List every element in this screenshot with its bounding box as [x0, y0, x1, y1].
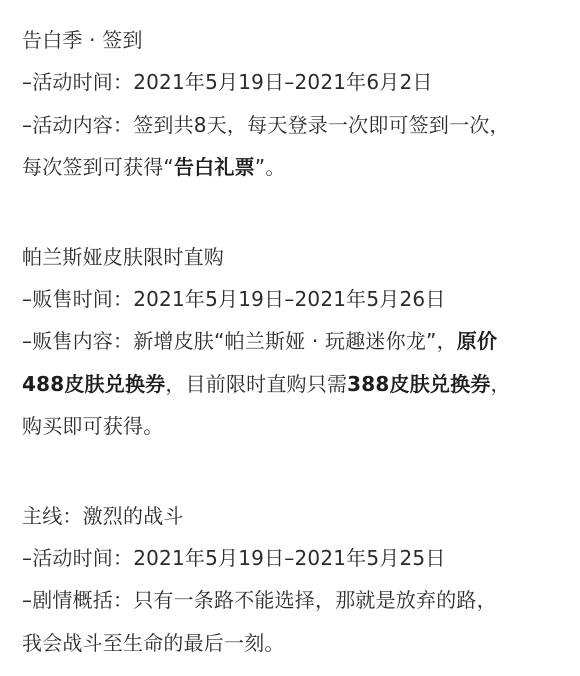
sale-content-line: 购买即可获得。 — [22, 405, 562, 447]
section-title: 告白季 · 签到 — [22, 19, 562, 61]
section-title: 帕兰斯娅皮肤限时直购 — [22, 236, 562, 278]
document-body: 告白季 · 签到 –活动时间：2021年5月19日–2021年6月2日 –活动内… — [22, 19, 562, 664]
activity-time-line: –活动时间：2021年5月19日–2021年5月25日 — [22, 537, 562, 579]
text-segment: –活动时间：2021年5月19日–2021年5月25日 — [22, 546, 446, 570]
section-skin-sale: 帕兰斯娅皮肤限时直购 –贩售时间：2021年5月19日–2021年5月26日 –… — [22, 236, 562, 448]
sale-content-line: –贩售内容：新增皮肤“帕兰斯娅 · 玩趣迷你龙”，原价 — [22, 320, 562, 362]
section-main-story: 主线：激烈的战斗 –活动时间：2021年5月19日–2021年5月25日 –剧情… — [22, 495, 562, 665]
section-title: 主线：激烈的战斗 — [22, 495, 562, 537]
section-signin: 告白季 · 签到 –活动时间：2021年5月19日–2021年6月2日 –活动内… — [22, 19, 562, 189]
activity-content-line: 每次签到可获得“告白礼票”。 — [22, 146, 562, 188]
bold-reward-name: 告白礼票 — [174, 155, 255, 179]
text-segment: 我会战斗至生命的最后一刻。 — [22, 631, 285, 655]
sale-content-line: 488皮肤兑换券，目前限时直购只需388皮肤兑换券， — [22, 363, 562, 405]
text-segment: –活动内容：签到共8天，每天登录一次即可签到一次， — [22, 113, 510, 137]
story-summary-line: –剧情概括：只有一条路不能选择，那就是放弃的路， — [22, 579, 562, 621]
text-segment: –贩售时间：2021年5月19日–2021年5月26日 — [22, 287, 446, 311]
text-segment: –剧情概括：只有一条路不能选择，那就是放弃的路， — [22, 588, 497, 612]
text-segment: ， — [491, 372, 511, 396]
text-segment: ”。 — [255, 155, 286, 179]
text-segment: –活动时间：2021年5月19日–2021年6月2日 — [22, 70, 433, 94]
text-segment: 每次签到可获得“ — [22, 155, 174, 179]
bold-original-price-label: 原价 — [457, 329, 497, 353]
story-summary-line: 我会战斗至生命的最后一刻。 — [22, 622, 562, 664]
sale-time-line: –贩售时间：2021年5月19日–2021年5月26日 — [22, 278, 562, 320]
text-segment: 购买即可获得。 — [22, 414, 163, 438]
text-segment: –贩售内容：新增皮肤“帕兰斯娅 · 玩趣迷你龙”， — [22, 329, 457, 353]
text-segment: ，目前限时直购只需 — [165, 372, 347, 396]
activity-time-line: –活动时间：2021年5月19日–2021年6月2日 — [22, 61, 562, 103]
bold-original-price: 488皮肤兑换券 — [22, 372, 165, 396]
bold-sale-price: 388皮肤兑换券 — [347, 372, 490, 396]
activity-content-line: –活动内容：签到共8天，每天登录一次即可签到一次， — [22, 104, 562, 146]
